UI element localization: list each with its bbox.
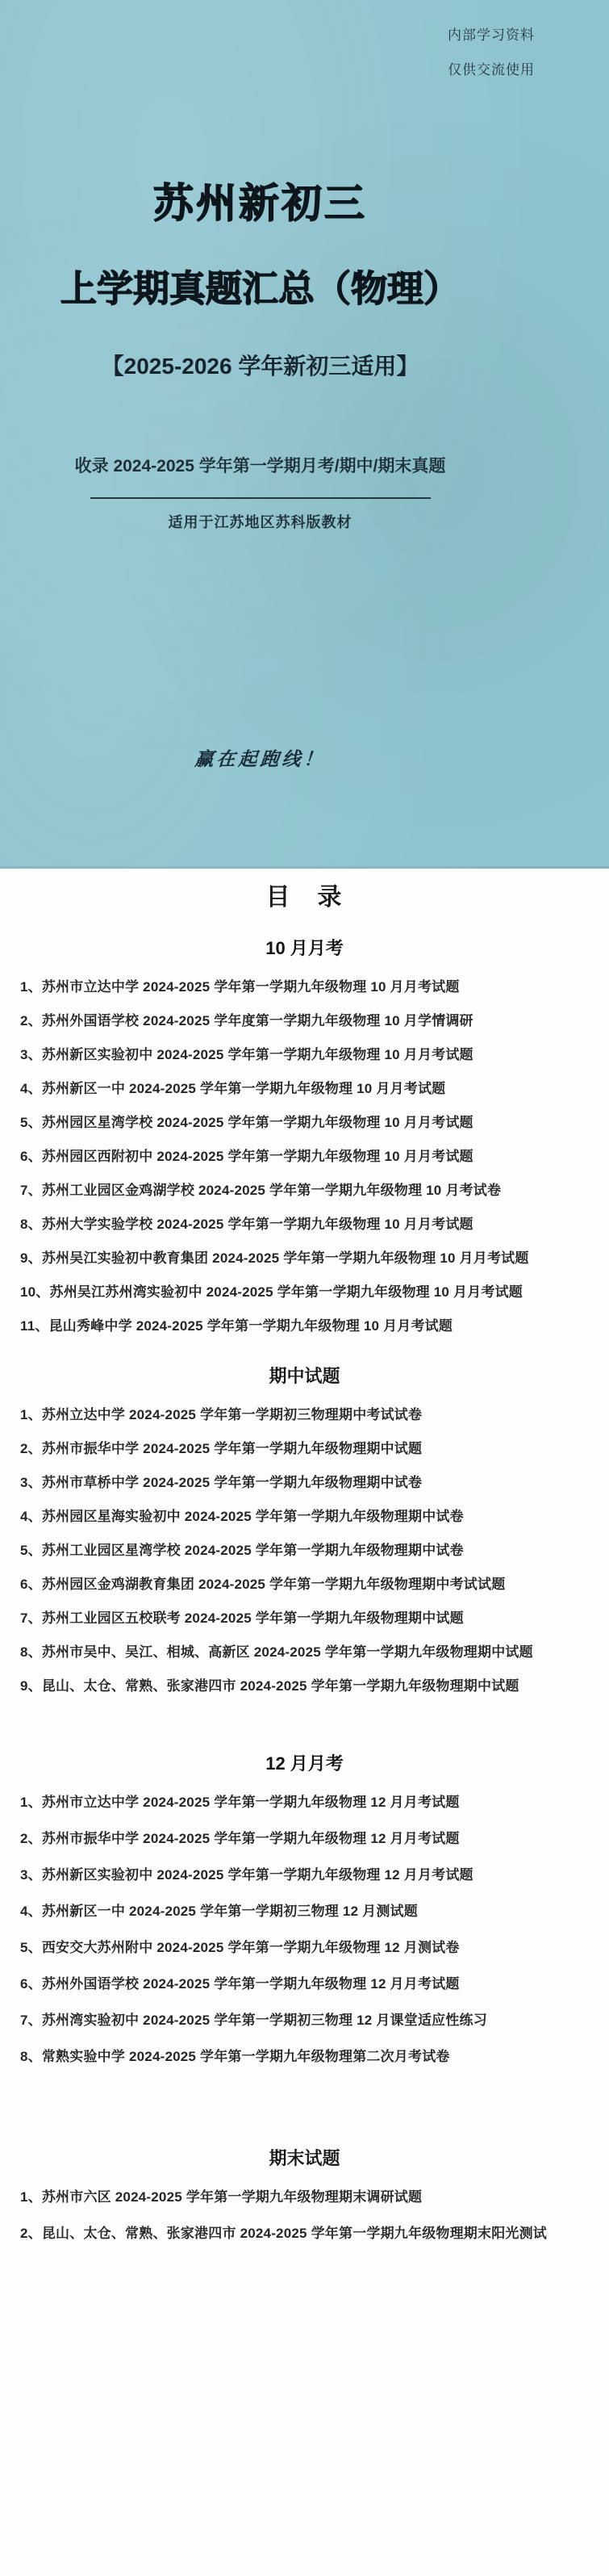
toc-item: 8、常熟实验中学 2024-2025 学年第一学期九年级物理第二次月考试卷: [20, 2048, 594, 2066]
toc-section: 期中试题 1、苏州立达中学 2024-2025 学年第一学期初三物理期中考试试卷…: [0, 1366, 609, 1695]
toc-item: 7、苏州工业园区五校联考 2024-2025 学年第一学期九年级物理期中试题: [20, 1610, 594, 1627]
cover-subtitle: 【2025-2026 学年新初三适用】: [0, 353, 520, 380]
cover-edition-note: 适用于江苏地区苏科版教材: [0, 512, 520, 533]
document-page: 内部学习资料 仅供交流使用 苏州新初三 上学期真题汇总（物理） 【2025-20…: [0, 0, 609, 2576]
toc-item: 3、苏州新区实验初中 2024-2025 学年第一学期九年级物理 12 月月考试…: [20, 1866, 594, 1884]
toc-item: 1、苏州立达中学 2024-2025 学年第一学期初三物理期中考试试卷: [20, 1406, 594, 1424]
toc-item: 1、苏州市立达中学 2024-2025 学年第一学期九年级物理 10 月月考试题: [20, 978, 594, 996]
toc-item-list: 1、苏州市立达中学 2024-2025 学年第一学期九年级物理 12 月月考试题…: [0, 1794, 609, 2066]
toc-section: 期末试题 1、苏州市六区 2024-2025 学年第一学期九年级物理期末调研试题…: [0, 2148, 609, 2243]
toc-item: 7、苏州湾实验初中 2024-2025 学年第一学期初三物理 12 月课堂适应性…: [20, 2012, 594, 2029]
toc-item-list: 1、苏州市六区 2024-2025 学年第一学期九年级物理期末调研试题2、昆山、…: [0, 2189, 609, 2243]
toc-item: 6、苏州园区西附初中 2024-2025 学年第一学期九年级物理 10 月月考试…: [20, 1148, 594, 1166]
toc-item: 9、昆山、太仓、常熟、张家港四市 2024-2025 学年第一学期九年级物理期中…: [20, 1678, 594, 1695]
cover-content: 苏州新初三 上学期真题汇总（物理） 【2025-2026 学年新初三适用】 收录…: [0, 0, 520, 866]
cover-title-line2: 上学期真题汇总（物理）: [0, 266, 520, 312]
toc-item: 4、苏州新区一中 2024-2025 学年第一学期初三物理 12 月测试题: [20, 1903, 594, 1920]
toc-item: 4、苏州园区星海实验初中 2024-2025 学年第一学期九年级物理期中试卷: [20, 1508, 594, 1526]
toc-item: 3、苏州新区实验初中 2024-2025 学年第一学期九年级物理 10 月月考试…: [20, 1046, 594, 1064]
toc-item: 9、苏州吴江实验初中教育集团 2024-2025 学年第一学期九年级物理 10 …: [20, 1250, 594, 1267]
toc-item: 2、苏州市振华中学 2024-2025 学年第一学期九年级物理期中试题: [20, 1440, 594, 1458]
toc-item: 2、苏州市振华中学 2024-2025 学年第一学期九年级物理 12 月月考试题: [20, 1830, 594, 1848]
toc-section-header: 期中试题: [0, 1366, 609, 1387]
toc-section: 10 月月考 1、苏州市立达中学 2024-2025 学年第一学期九年级物理 1…: [0, 938, 609, 1335]
toc-item: 1、苏州市六区 2024-2025 学年第一学期九年级物理期末调研试题: [20, 2189, 594, 2206]
toc-item: 8、苏州市吴中、吴江、相城、高新区 2024-2025 学年第一学期九年级物理期…: [20, 1644, 594, 1661]
toc-title: 目 录: [0, 882, 609, 914]
toc-item: 7、苏州工业园区金鸡湖学校 2024-2025 学年第一学期九年级物理 10 月…: [20, 1182, 594, 1200]
toc-item: 4、苏州新区一中 2024-2025 学年第一学期九年级物理 10 月月考试题: [20, 1080, 594, 1098]
toc-item: 11、昆山秀峰中学 2024-2025 学年第一学期九年级物理 10 月月考试题: [20, 1317, 594, 1335]
toc-item: 2、昆山、太仓、常熟、张家港四市 2024-2025 学年第一学期九年级物理期末…: [20, 2225, 594, 2243]
toc-item: 5、苏州园区星湾学校 2024-2025 学年第一学期九年级物理 10 月月考试…: [20, 1114, 594, 1132]
toc-sections: 10 月月考 1、苏州市立达中学 2024-2025 学年第一学期九年级物理 1…: [0, 938, 609, 2243]
cover-divider-line: [90, 497, 431, 499]
toc-section-header: 12 月月考: [0, 1753, 609, 1774]
cover-title-line1: 苏州新初三: [0, 181, 520, 226]
toc-item: 5、苏州工业园区星湾学校 2024-2025 学年第一学期九年级物理期中试卷: [20, 1542, 594, 1560]
toc-item-list: 1、苏州市立达中学 2024-2025 学年第一学期九年级物理 10 月月考试题…: [0, 978, 609, 1335]
toc-item: 3、苏州市草桥中学 2024-2025 学年第一学期九年级物理期中试卷: [20, 1474, 594, 1492]
toc-item: 2、苏州外国语学校 2024-2025 学年度第一学期九年级物理 10 月学情调…: [20, 1012, 594, 1030]
toc-item-list: 1、苏州立达中学 2024-2025 学年第一学期初三物理期中考试试卷2、苏州市…: [0, 1406, 609, 1695]
toc-item: 6、苏州园区金鸡湖教育集团 2024-2025 学年第一学期九年级物理期中考试试…: [20, 1576, 594, 1594]
table-of-contents: 目 录 10 月月考 1、苏州市立达中学 2024-2025 学年第一学期九年级…: [0, 869, 609, 2243]
toc-section: 12 月月考 1、苏州市立达中学 2024-2025 学年第一学期九年级物理 1…: [0, 1753, 609, 2066]
toc-section-header: 10 月月考: [0, 938, 609, 959]
toc-item: 1、苏州市立达中学 2024-2025 学年第一学期九年级物理 12 月月考试题: [20, 1794, 594, 1812]
toc-item: 5、西安交大苏州附中 2024-2025 学年第一学期九年级物理 12 月测试卷: [20, 1939, 594, 1957]
toc-item: 8、苏州大学实验学校 2024-2025 学年第一学期九年级物理 10 月月考试…: [20, 1216, 594, 1234]
cover-slogan: 赢在起跑线！: [0, 748, 521, 772]
toc-item: 6、苏州外国语学校 2024-2025 学年第一学期九年级物理 12 月月考试题: [20, 1975, 594, 1993]
toc-item: 10、苏州吴江苏州湾实验初中 2024-2025 学年第一学期九年级物理 10 …: [20, 1284, 594, 1301]
cover-page: 内部学习资料 仅供交流使用 苏州新初三 上学期真题汇总（物理） 【2025-20…: [0, 0, 609, 869]
toc-section-header: 期末试题: [0, 2148, 609, 2169]
cover-collection-note: 收录 2024-2025 学年第一学期月考/期中/期末真题: [0, 455, 520, 478]
